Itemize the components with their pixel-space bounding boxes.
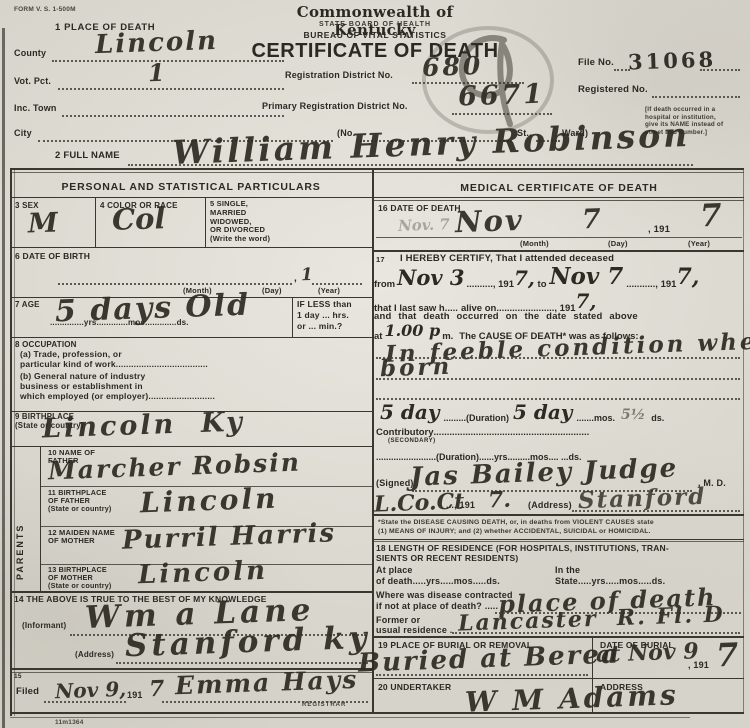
contributory-label: Contributory xyxy=(376,427,434,438)
inc-town-label: Inc. Town xyxy=(14,103,57,113)
time-of-death: 1.00 p xyxy=(384,321,440,340)
filed-label: Filed xyxy=(16,686,39,697)
mother-birthplace-label: 13 BIRTHPLACE OF MOTHER (State or countr… xyxy=(48,566,112,589)
date-of-death-year: 7 xyxy=(699,198,722,235)
court-year-value: 7. xyxy=(488,487,512,514)
from-dots: .......... xyxy=(466,279,492,290)
last-saw-year: 7, xyxy=(576,289,597,313)
duration-value3: 5½ xyxy=(621,407,645,423)
filed-row-number: 15 xyxy=(14,673,22,680)
cause-line2 xyxy=(376,366,740,380)
burial-place-line xyxy=(376,662,588,676)
to-year: 7, xyxy=(676,264,699,290)
sex-value: M xyxy=(27,207,58,239)
last-saw-line: that I last saw h.....alive on..........… xyxy=(374,292,596,312)
to-label: to xyxy=(535,279,547,290)
burial-date-year-printed: , 191 xyxy=(688,660,709,670)
right-section-title: MEDICAL CERTIFICATE OF DEATH xyxy=(374,182,744,194)
county-value: Lincoln xyxy=(95,26,219,60)
stamp-mark-icon xyxy=(438,26,548,131)
from-date: Nov 3 xyxy=(397,265,464,290)
filed-date-value: Nov 9, xyxy=(55,677,127,703)
duration-dots1: ......... xyxy=(443,413,466,423)
date-of-death-year-printed: , 191 xyxy=(648,224,670,235)
attended-from-line: fromNov 3.........., 1917, toNov 7......… xyxy=(374,266,699,290)
signed-label: (Signed) xyxy=(376,478,414,488)
duration-mos-label: mos. xyxy=(594,413,615,423)
from-year-printed: , 191 xyxy=(493,279,514,290)
dob-year-label: (Year) xyxy=(318,286,340,295)
undertaker-label: 20 UNDERTAKER xyxy=(378,682,451,692)
city-label: City xyxy=(14,128,32,138)
mother-name-label: 12 MAIDEN NAME OF MOTHER xyxy=(48,529,115,545)
date-of-death-label: 16 DATE OF DEATH xyxy=(378,203,461,213)
to-dots: ........... xyxy=(626,279,655,290)
death-certificate-scan: FORM V. S. 1-500M Commonwealth of Kentuc… xyxy=(0,0,750,728)
court-year-printed: ..., 191 xyxy=(446,500,475,510)
duration-label: (Duration) xyxy=(466,413,509,423)
dob-label: 6 DATE OF BIRTH xyxy=(15,251,90,261)
occupation-label: 8 OCCUPATION xyxy=(15,340,77,349)
dod-month-label: (Month) xyxy=(520,239,549,248)
dod-day-label: (Day) xyxy=(608,239,628,248)
date-of-death-month: Nov xyxy=(454,203,524,239)
burial-date-year-value: 7 xyxy=(715,636,739,675)
to-year-printed: , 191 xyxy=(655,279,676,290)
residence-section-label: 18 LENGTH OF RESIDENCE (FOR HOSPITALS, I… xyxy=(376,544,669,563)
duration-dots2: ....... xyxy=(576,413,594,423)
file-no-label: File No. xyxy=(578,57,614,68)
registered-no-label: Registered No. xyxy=(578,84,648,95)
file-no-line2 xyxy=(700,57,740,71)
duration-value1: 5 day xyxy=(380,400,439,424)
birthplace-value: Lincoln Ky xyxy=(42,406,246,444)
duration-value2: 5 day xyxy=(513,400,572,424)
vot-pct-value: 1 xyxy=(147,58,165,88)
at-label: at xyxy=(374,331,382,342)
plate-code: 11m1364 xyxy=(55,719,84,726)
occupation-a: (a) Trade, profession, or particular kin… xyxy=(20,349,208,369)
dob-day-label: (Day) xyxy=(262,286,282,295)
county-label: County xyxy=(14,48,46,58)
burial-date-value: at Nov 9 xyxy=(596,638,699,668)
informant-address-label: (Address) xyxy=(75,650,114,659)
occupation-b: (b) General nature of industry business … xyxy=(20,371,215,401)
cause-line3 xyxy=(376,386,740,400)
father-birthplace-value: Lincoln xyxy=(139,482,278,520)
dob-line2 xyxy=(312,271,362,285)
former-residence-line xyxy=(452,620,740,634)
parents-label: PARENTS xyxy=(15,468,25,580)
filed-year-printed: 191 xyxy=(127,690,143,700)
age-units: ..............yrs.............mos.......… xyxy=(50,318,189,327)
informant-label: (Informant) xyxy=(22,621,66,630)
full-name-label: 2 FULL NAME xyxy=(55,150,120,161)
if-less-label: IF LESS than 1 day ... hrs. or ... min.? xyxy=(297,299,352,332)
date-of-death-day: 7 xyxy=(581,204,601,236)
marital-label: 5 SINGLE, MARRIED WIDOWED, OR DIVORCED (… xyxy=(210,200,270,244)
from-label: from xyxy=(374,279,395,290)
registration-district-label: Registration District No. xyxy=(285,70,393,80)
left-section-title: PERSONAL AND STATISTICAL PARTICULARS xyxy=(10,181,372,193)
physician-address-label: (Address) xyxy=(528,500,572,510)
contributory-sub-label: (SECONDARY) xyxy=(388,438,436,444)
registered-no-line xyxy=(652,84,740,98)
vot-pct-line xyxy=(58,76,284,90)
inc-town-line xyxy=(62,103,284,117)
former-residence-label: Former or usual residence . xyxy=(376,615,452,635)
duration-line: 5 day.........(Duration)5 day.......mos.… xyxy=(376,402,664,424)
color-race-value: Col xyxy=(111,201,166,237)
to-date: Nov 7 xyxy=(550,263,624,290)
from-year: 7, xyxy=(514,266,535,290)
physician-address-value: Stanford xyxy=(578,483,707,514)
mother-birthplace-value: Lincoln xyxy=(138,556,269,591)
primary-district-label: Primary Registration District No. xyxy=(262,101,408,111)
age-label: 7 AGE xyxy=(15,300,40,309)
registrar-label: REGISTRAR xyxy=(302,702,346,708)
dod-year-label: (Year) xyxy=(688,239,710,248)
form-code: FORM V. S. 1-500M xyxy=(14,6,76,13)
certify-row-number: 17 xyxy=(376,255,385,264)
cause-footnote: *State the DISEASE CAUSING DEATH, or, in… xyxy=(378,518,742,536)
duration2-dots: ........................ xyxy=(376,452,436,462)
date-of-death-ghost: Nov. 7 xyxy=(398,215,450,235)
contributory-dots: ........................................… xyxy=(434,427,590,438)
dob-comma: , xyxy=(294,273,297,284)
father-birthplace-label: 11 BIRTHPLACE OF FATHER (State or countr… xyxy=(48,489,112,512)
filed-line2 xyxy=(162,689,368,703)
scan-edge xyxy=(2,28,5,728)
vot-pct-label: Vot. Pct. xyxy=(14,76,51,86)
dob-line xyxy=(58,271,292,285)
mother-name-value: Purril Harris xyxy=(122,518,337,555)
residence-at-place-label: At place of death.....yrs.....mos.....ds… xyxy=(376,565,500,587)
duration-ds-label: ds. xyxy=(651,413,664,423)
